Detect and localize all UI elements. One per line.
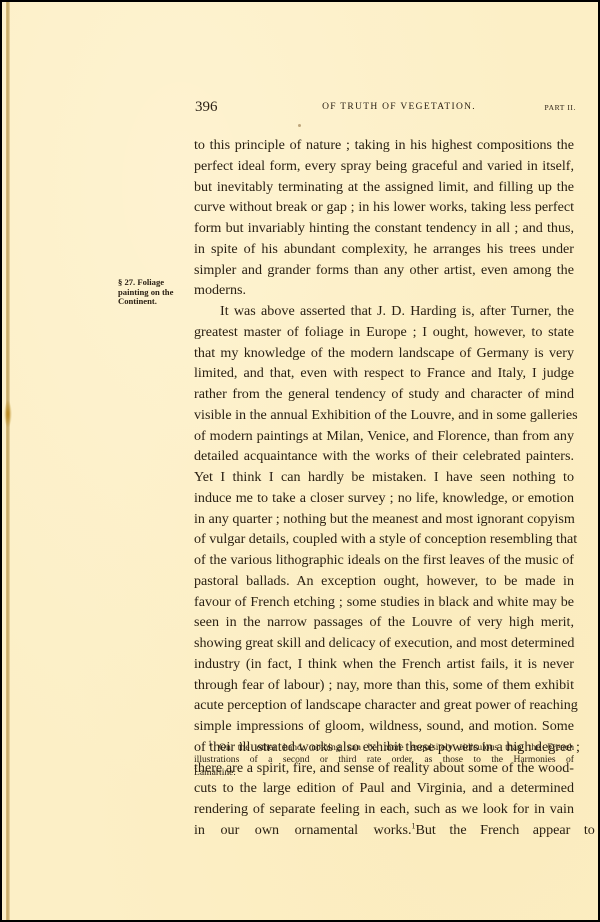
text-line: showing great skill and delicacy of exec… <box>194 633 574 654</box>
footnote-marker: 1 <box>208 739 212 748</box>
body-text: to this principle of nature ; taking in … <box>194 135 574 841</box>
footnote-text: On the other hand, nothing can be more e… <box>219 742 574 753</box>
text-fragment-start: in our own ornamental works. <box>194 822 411 838</box>
text-line: of vulgar details, coupled with a style … <box>194 529 574 550</box>
text-line: of the various lithographic ideals on th… <box>194 550 574 571</box>
footnote-line: 1 On the other hand, nothing can be more… <box>194 742 574 754</box>
text-line: pastoral ballads. An exception ought, ho… <box>194 571 574 592</box>
text-line: but inevitably terminating at the assign… <box>194 177 574 198</box>
footnote: 1 On the other hand, nothing can be more… <box>194 742 574 779</box>
footnote-line: illustrations of a second or third rate … <box>194 754 574 766</box>
running-title: OF TRUTH OF VEGETATION. <box>192 102 576 112</box>
text-line: in any quarter ; nothing but the meanest… <box>194 509 574 530</box>
text-fragment-end: But the French appear to <box>415 820 594 841</box>
text-line: rendering of separate feeling in each, s… <box>194 799 574 820</box>
text-line: through fear of labour) ; nay, more than… <box>194 675 574 696</box>
text-line: induce me to take a closer survey ; no l… <box>194 488 574 509</box>
text-line: industry (in fact, I think when the Fren… <box>194 654 574 675</box>
running-header: 396 OF TRUTH OF VEGETATION. PART II. <box>192 99 576 117</box>
text-line: in spite of his abundant complexity, he … <box>194 239 574 260</box>
text-line: detailed acquaintance with the works of … <box>194 446 574 467</box>
text-line: seen in the narrow passages of the Louvr… <box>194 612 574 633</box>
text-line: of modern paintings at Milan, Venice, an… <box>194 426 574 447</box>
book-page: 396 OF TRUTH OF VEGETATION. PART II. § 2… <box>2 2 598 920</box>
text-line: simple impressions of gloom, wildness, s… <box>194 716 574 737</box>
text-line: that my knowledge of the modern landscap… <box>194 343 574 364</box>
marginal-sidenote: § 27. Foliage painting on the Continent. <box>118 278 190 307</box>
text-line: visible in the annual Exhibition of the … <box>194 405 574 426</box>
text-line: simpler and grander forms than any other… <box>194 260 574 281</box>
text-line: favour of French etching ; some studies … <box>194 592 574 613</box>
text-line: moderns. <box>194 280 574 301</box>
text-line-with-footnote: in our own ornamental works.1But the Fre… <box>194 820 574 841</box>
page-stain <box>4 400 12 428</box>
text-line: greatest master of foliage in Europe ; I… <box>194 322 574 343</box>
part-label: PART II. <box>545 103 576 112</box>
text-line: rather from the general tendency of stud… <box>194 384 574 405</box>
text-line: cuts to the large edition of Paul and Vi… <box>194 778 574 799</box>
text-line: acute perception of landscape character … <box>194 695 574 716</box>
ink-speck <box>298 124 301 127</box>
text-line: perfect ideal form, every spray being gr… <box>194 156 574 177</box>
text-line: curve without break or gap ; in his lowe… <box>194 197 574 218</box>
text-line: to this principle of nature ; taking in … <box>194 135 574 156</box>
text-line: limited, and that, even with respect to … <box>194 363 574 384</box>
text-line: form but invariably hinting the constant… <box>194 218 574 239</box>
text-line: Yet I think I can hardly be mistaken. I … <box>194 467 574 488</box>
page-gutter-edge <box>6 2 10 920</box>
text-fragment: in our own ornamental works.1 <box>194 820 415 841</box>
footnote-line: Lamartine. <box>194 767 574 779</box>
paragraph-start-line: It was above asserted that J. D. Harding… <box>194 301 574 322</box>
sidenote-line: Continent. <box>118 297 190 307</box>
